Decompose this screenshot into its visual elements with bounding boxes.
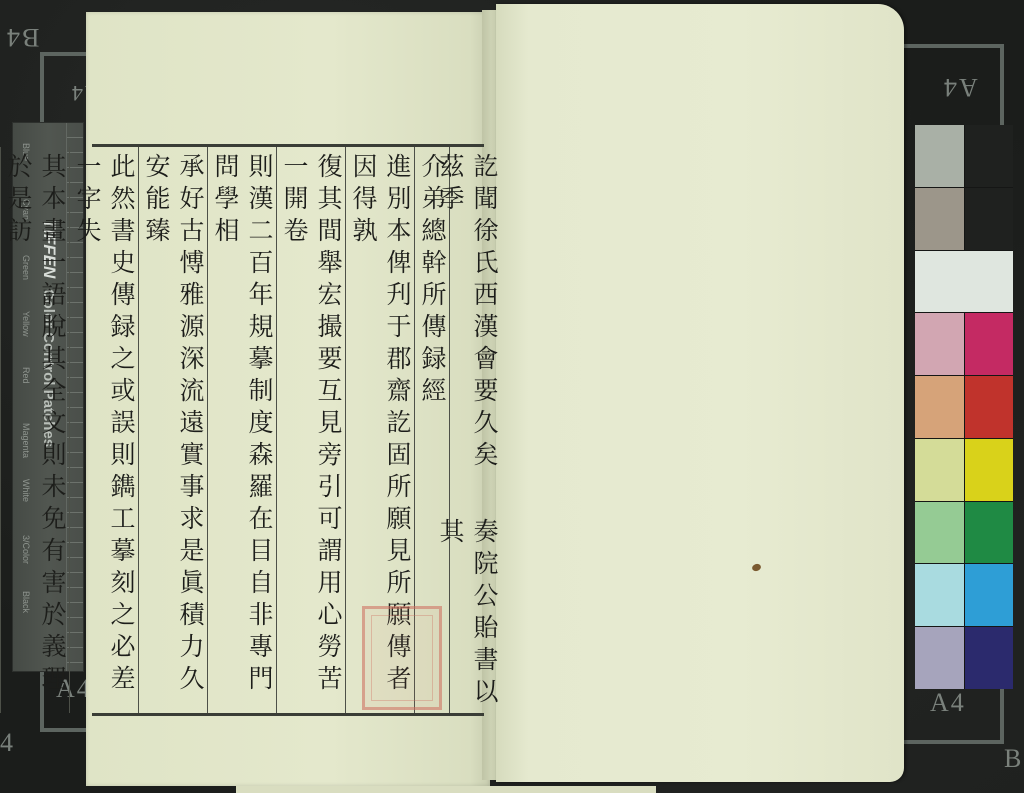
color-patch-chart xyxy=(915,125,1013,689)
bed-label-b-edge: B xyxy=(1004,744,1023,774)
bed-label-4-edge: 4 xyxy=(0,728,15,758)
column-text: 承好古愽雅源深流遠實事求是眞積力久安能臻 xyxy=(139,153,207,713)
text-column-5: 則漢二百年規摹制度森羅在目自非專門問學相 xyxy=(207,147,276,713)
patch-light-blue xyxy=(915,627,964,689)
underlying-page-edge xyxy=(236,786,656,793)
patch-white xyxy=(915,251,1013,313)
text-column-7: 此然書史傳録之或誤則鐫工摹刻之必差一字失 xyxy=(69,147,138,713)
patch-light-magenta xyxy=(915,313,964,375)
patch-light-gray xyxy=(915,125,964,187)
bed-label-a4-top: A4 xyxy=(942,72,978,102)
text-column-8: 其本畫一語脫其全文則未免有害於義理於是訪 xyxy=(0,147,69,713)
text-column-1: 訖聞徐氏西漢會要久矣茲季 奏院公貽書以其 xyxy=(449,147,484,713)
patch-black-1 xyxy=(965,125,1014,187)
patch-magenta xyxy=(965,313,1014,375)
right-page-blank xyxy=(496,4,904,782)
bed-label-b4: B4 xyxy=(5,22,39,52)
patch-light-yellow xyxy=(915,439,964,501)
red-seal-stamp xyxy=(362,606,442,710)
column-text: 介弟總幹所傳録經 xyxy=(415,153,449,409)
column-text: 此然書史傳録之或誤則鐫工摹刻之必差一字失 xyxy=(70,153,138,713)
patch-light-green xyxy=(915,502,964,564)
text-column-4: 復其間舉宏撮要互見旁引可謂用心勞苦一開卷 xyxy=(276,147,345,713)
column-text: 復其間舉宏撮要互見旁引可謂用心勞苦一開卷 xyxy=(277,153,345,713)
bed-label-a4-bottom-right: A4 xyxy=(930,688,966,718)
patch-gray-brown xyxy=(915,188,964,250)
patch-cyan xyxy=(965,564,1014,626)
text-column-6: 承好古愽雅源深流遠實事求是眞積力久安能臻 xyxy=(138,147,207,713)
column-text: 則漢二百年規摹制度森羅在目自非專門問學相 xyxy=(208,153,276,713)
patch-light-red xyxy=(915,376,964,438)
patch-red xyxy=(965,376,1014,438)
patch-blue xyxy=(965,627,1014,689)
patch-black-2 xyxy=(965,188,1014,250)
column-text: 其本畫一語脫其全文則未免有害於義理於是訪 xyxy=(1,153,69,713)
patch-light-cyan xyxy=(915,564,964,626)
patch-yellow xyxy=(965,439,1014,501)
patch-green xyxy=(965,502,1014,564)
